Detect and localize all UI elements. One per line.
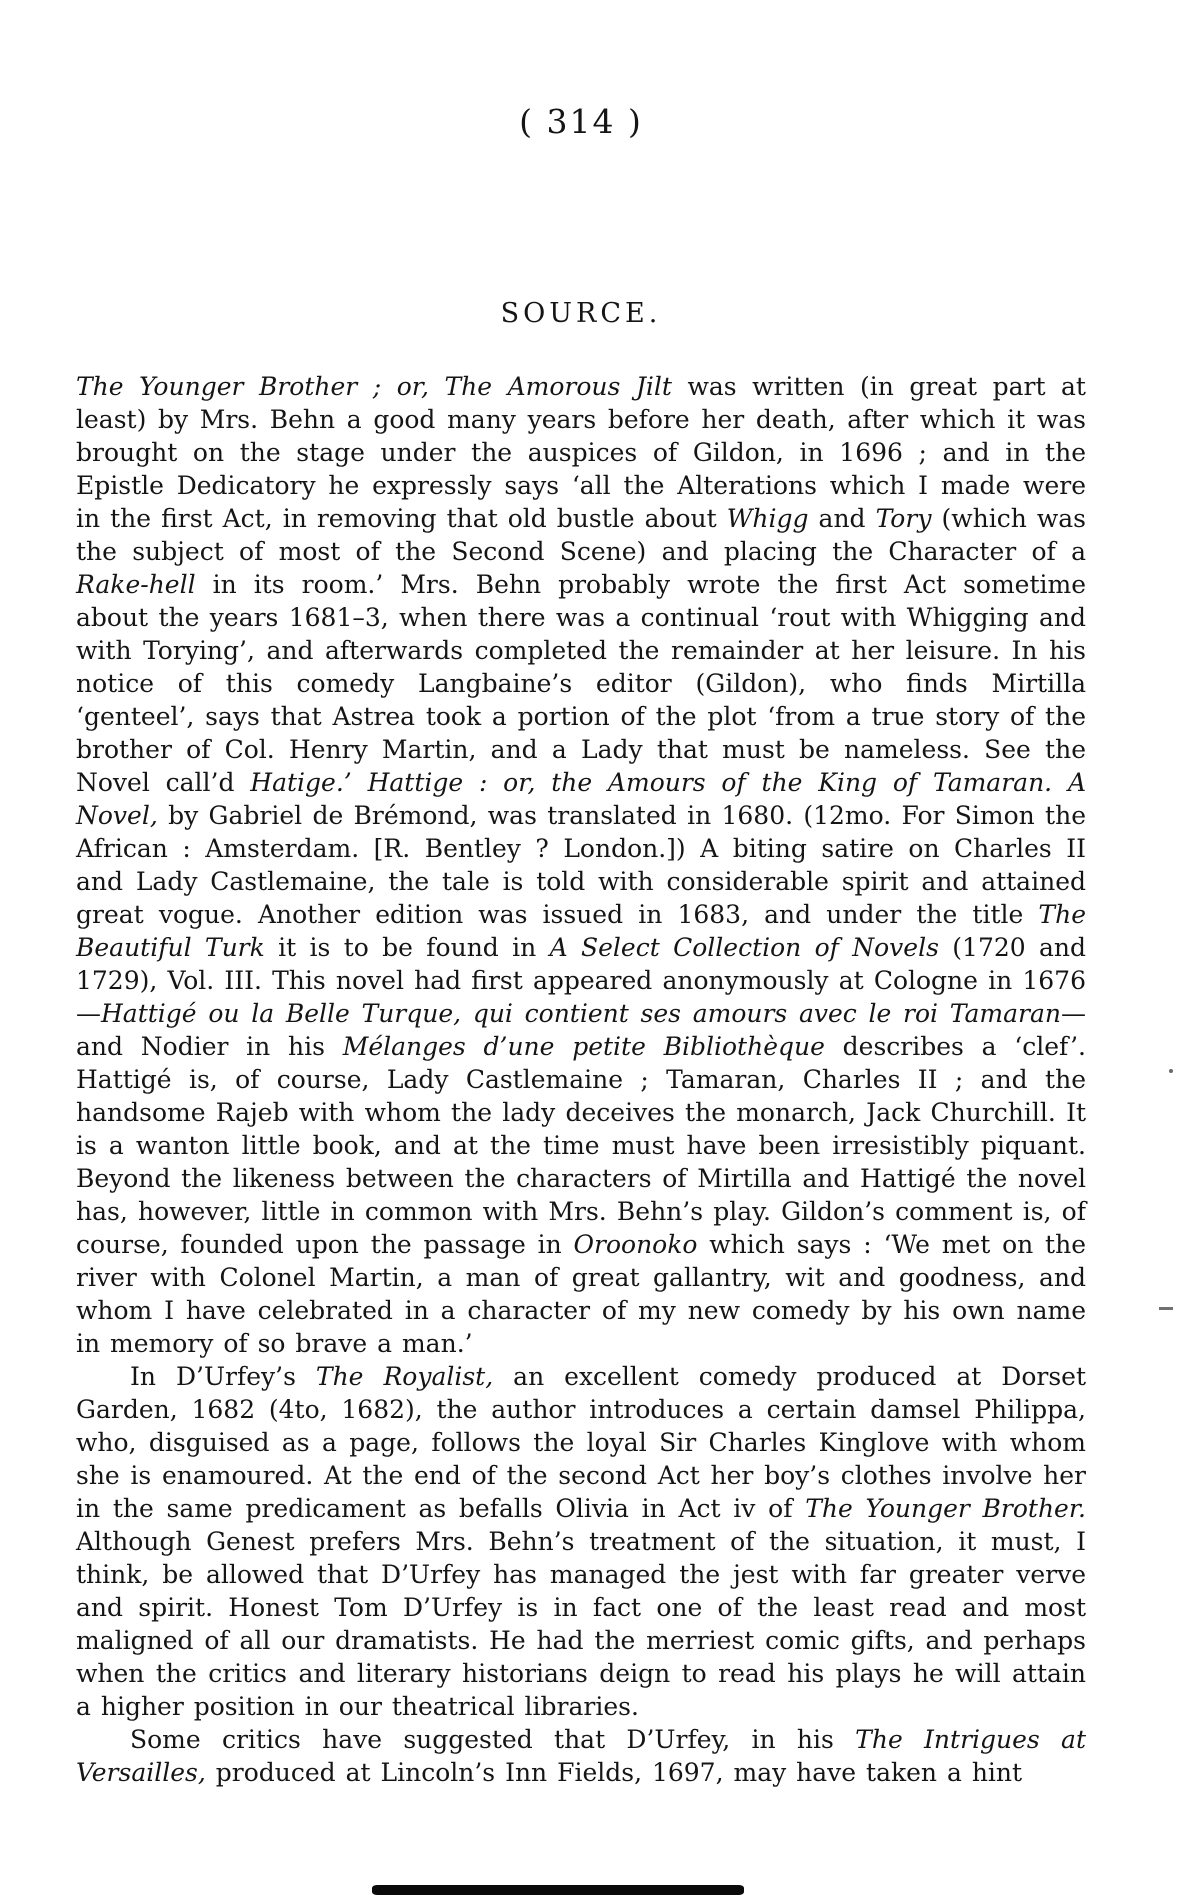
paragraph: Some critics have suggested that D’Urfey…: [76, 1723, 1086, 1789]
section-heading: SOURCE.: [76, 298, 1086, 329]
text-segment: produced at Lincoln’s Inn Fields, 1697, …: [206, 1758, 1022, 1787]
scan-dash-artifact: [1159, 1307, 1173, 1310]
text-segment: [1052, 768, 1068, 797]
scanned-page: ( 314 ) SOURCE. The Younger Brother ; or…: [0, 0, 1190, 1895]
paragraph: The Younger Brother ; or, The Amorous Ji…: [76, 370, 1086, 1360]
italic-text-segment: The Royalist,: [316, 1362, 493, 1391]
italic-text-segment: A Select Collection of Novels: [550, 933, 939, 962]
text-segment: describes a ‘clef’. Hattigé is, of cours…: [76, 1032, 1086, 1259]
italic-text-segment: The Younger Brother ; or, The Amorous Ji…: [76, 372, 672, 401]
paragraph: In D’Urfey’s The Royalist, an excellent …: [76, 1360, 1086, 1723]
italic-text-segment: Tory: [876, 504, 932, 533]
italic-text-segment: Hattigé ou la Belle Turque, qui contient…: [101, 999, 1061, 1028]
text-segment: In D’Urfey’s: [130, 1362, 316, 1391]
scan-edge-artifact: [372, 1885, 744, 1895]
italic-text-segment: Hattige : or, the Amours of the King of …: [368, 768, 1053, 797]
text-segment: it is to be found in: [265, 933, 550, 962]
text-segment: in its room.’ Mrs. Behn probably wrote t…: [76, 570, 1086, 797]
italic-text-segment: Oroonoko: [574, 1230, 698, 1259]
text-segment: by Gabriel de Brémond, was translated in…: [76, 801, 1086, 929]
text-segment: Some critics have suggested that D’Urfey…: [130, 1725, 855, 1754]
body-text: The Younger Brother ; or, The Amorous Ji…: [76, 370, 1086, 1789]
italic-text-segment: Hatige.’: [250, 768, 351, 797]
italic-text-segment: The Younger Brother.: [805, 1494, 1086, 1523]
text-segment: and: [809, 504, 876, 533]
text-segment: [352, 768, 368, 797]
page-number: ( 314 ): [76, 102, 1086, 141]
italic-text-segment: Whigg: [727, 504, 809, 533]
italic-text-segment: Rake-hell: [76, 570, 196, 599]
italic-text-segment: Mélanges d’une petite Bibliothèque: [343, 1032, 825, 1061]
scan-speck-artifact: [1169, 1069, 1173, 1073]
text-segment: Although Genest prefers Mrs. Behn’s trea…: [76, 1527, 1086, 1721]
